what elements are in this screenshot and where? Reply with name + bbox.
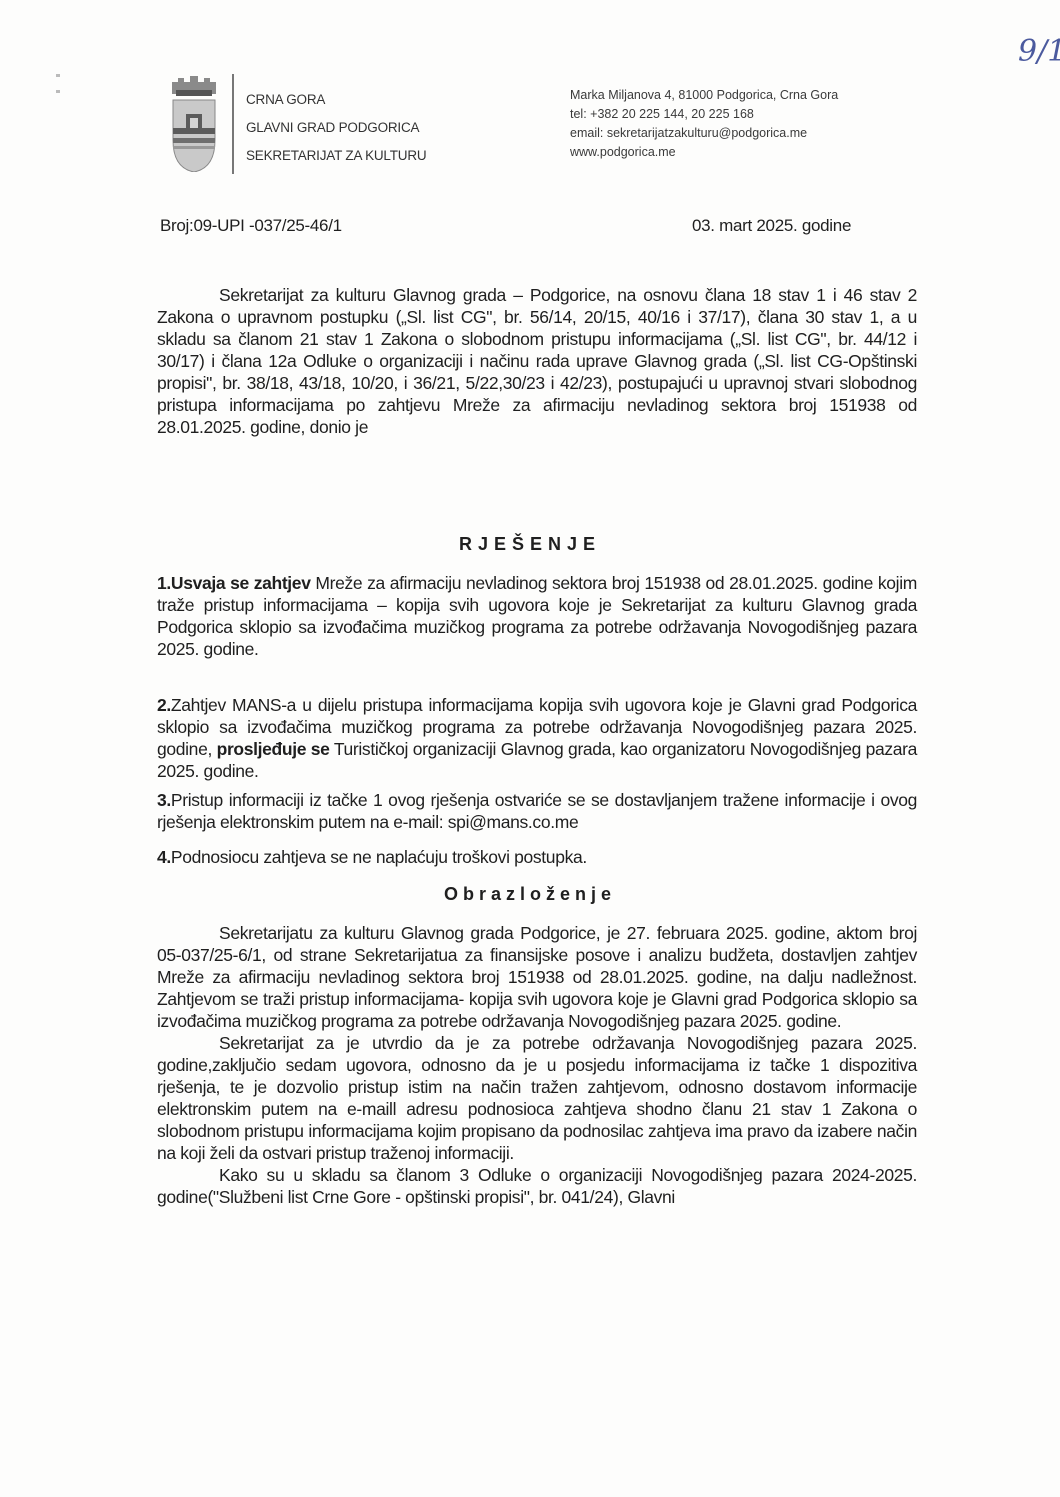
reasoning-paragraph: Kako su u skladu sa članom 3 Odluke o or… <box>157 1164 917 1208</box>
contact-website: www.podgorica.me <box>570 143 838 162</box>
reasoning-paragraph: Sekretarijatu za kulturu Glavnog grada P… <box>157 922 917 1032</box>
document-date: 03. mart 2025. godine <box>692 216 851 236</box>
contact-email: email: sekretarijatzakulturu@podgorica.m… <box>570 124 838 143</box>
item-number: 2. <box>157 695 171 715</box>
reasoning-heading: Obrazloženje <box>0 884 1060 905</box>
item-number: 1. <box>157 573 171 593</box>
organization-block: CRNA GORA GLAVNI GRAD PODGORICA SEKRETAR… <box>246 86 426 170</box>
item-text: Pristup informaciji iz tačke 1 ovog rješ… <box>157 790 917 832</box>
item-number: 3. <box>157 790 171 810</box>
item-text: Podnosiocu zahtjeva se ne naplaćuju troš… <box>171 847 587 867</box>
item-bold-text: Usvaja se zahtjev <box>171 573 311 593</box>
org-city: GLAVNI GRAD PODGORICA <box>246 114 426 142</box>
decision-item-4: 4.Podnosiocu zahtjeva se ne naplaćuju tr… <box>157 846 917 868</box>
reasoning-paragraph: Sekretarijat za je utvrdio da je za potr… <box>157 1032 917 1164</box>
item-number: 4. <box>157 847 171 867</box>
reference-number: Broj:09-UPI -037/25-46/1 <box>160 216 342 236</box>
decision-heading: RJEŠENJE <box>0 534 1060 555</box>
contact-block: Marka Miljanova 4, 81000 Podgorica, Crna… <box>570 86 838 162</box>
decision-item-2: 2.Zahtjev MANS-a u dijelu pristupa infor… <box>157 694 917 782</box>
margin-mark <box>56 74 60 77</box>
coat-of-arms-icon <box>170 76 218 172</box>
margin-mark <box>56 90 60 93</box>
decision-item-1: 1.Usvaja se zahtjev Mreže za afirmaciju … <box>157 572 917 660</box>
contact-address: Marka Miljanova 4, 81000 Podgorica, Crna… <box>570 86 838 105</box>
preamble-text: Sekretarijat za kulturu Glavnog grada – … <box>157 284 917 438</box>
handwritten-note: 9/1 <box>1018 34 1060 69</box>
reasoning-section: Sekretarijatu za kulturu Glavnog grada P… <box>157 922 917 1208</box>
decision-item-3: 3.Pristup informaciji iz tačke 1 ovog rj… <box>157 789 917 833</box>
contact-phone: tel: +382 20 225 144, 20 225 168 <box>570 105 838 124</box>
item-bold-text: prosljeđuje se <box>217 739 330 759</box>
org-secretariat: SEKRETARIJAT ZA KULTURU <box>246 142 426 170</box>
org-country: CRNA GORA <box>246 86 426 114</box>
document-page: CRNA GORA GLAVNI GRAD PODGORICA SEKRETAR… <box>0 0 1060 1497</box>
letterhead-divider <box>232 74 234 174</box>
preamble: Sekretarijat za kulturu Glavnog grada – … <box>157 284 917 438</box>
